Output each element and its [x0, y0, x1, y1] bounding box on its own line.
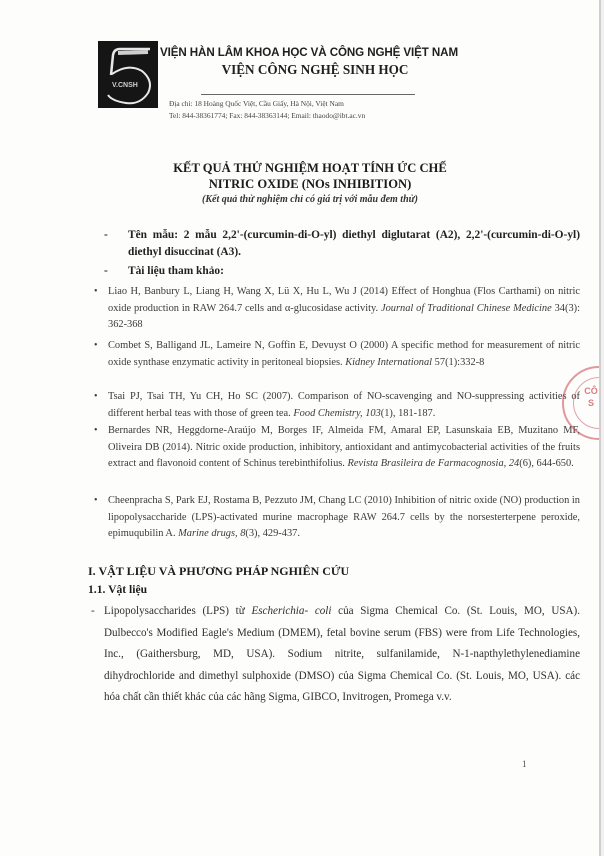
reference-citation: (6), 644-650.: [519, 458, 574, 469]
reference-journal: Food Chemistry, 103: [293, 408, 380, 419]
reference-item: • Combet S, Balligand JL, Lameire N, Gof…: [94, 338, 580, 371]
materials-paragraph: - Lipopolysaccharides (LPS) từ Escherich…: [88, 601, 580, 709]
reference-item: • Cheenpracha S, Park EJ, Rostama B, Pez…: [94, 493, 580, 543]
reference-journal: Revista Brasileira de Farmacognosia, 24: [348, 458, 520, 469]
stamp-text-line2: S: [588, 398, 594, 408]
institute-logo: V.CNSH: [98, 41, 158, 108]
reference-text: Combet S, Balligand JL, Lameire N, Goffi…: [108, 340, 580, 368]
organism-name: Escherichia- coli: [251, 605, 331, 617]
materials-text: Lipopolysaccharides (LPS) từ: [104, 605, 251, 617]
report-title-line2: NITRIC OXIDE (NOs INHIBITION): [100, 177, 520, 192]
reference-item: • Bernardes NR, Heggdorne-Araújo M, Borg…: [94, 423, 580, 473]
page-number: 1: [522, 759, 527, 769]
svg-text:V.CNSH: V.CNSH: [112, 82, 138, 89]
report-validity-note: (Kết quả thử nghiệm chỉ có giá trị với m…: [100, 194, 520, 205]
document-page: V.CNSH VIỆN HÀN LÂM KHOA HỌC VÀ CÔNG NGH…: [0, 0, 599, 856]
reference-journal: Journal of Traditional Chinese Medicine: [381, 303, 552, 314]
reference-journal: Marine drugs, 8: [178, 528, 245, 539]
reference-item: • Liao H, Banbury L, Liang H, Wang X, Lü…: [94, 284, 580, 334]
logo-five-icon: V.CNSH: [98, 41, 158, 108]
subsection-heading: 1.1. Vật liệu: [88, 583, 147, 596]
stamp-text: CÔ S: [576, 385, 599, 409]
report-title-line1: KẾT QUẢ THỬ NGHIỆM HOẠT TÍNH ỨC CHẾ: [100, 161, 520, 176]
reference-journal: Kidney International: [345, 357, 432, 368]
section-heading: I. VẬT LIỆU VÀ PHƯƠNG PHÁP NGHIÊN CỨU: [88, 564, 349, 579]
institute-address: Địa chỉ: 18 Hoàng Quốc Việt, Cầu Giấy, H…: [169, 99, 344, 108]
header-divider: [201, 94, 415, 95]
sample-names-text: Tên mẫu: 2 mẫu 2,2'-(curcumin-di-O-yl) d…: [128, 227, 580, 261]
bullet-icon: •: [94, 493, 98, 510]
dash-marker: -: [91, 601, 95, 623]
sample-names: - Tên mẫu: 2 mẫu 2,2'-(curcumin-di-O-yl)…: [104, 227, 580, 261]
materials-text-continued: của Sigma Chemical Co. (St. Louis, MO, U…: [104, 605, 580, 703]
reference-citation: (3), 429-437.: [245, 528, 300, 539]
bullet-icon: •: [94, 389, 98, 406]
bullet-icon: •: [94, 284, 98, 301]
institute-name: VIỆN CÔNG NGHỆ SINH HỌC: [160, 62, 470, 78]
bullet-icon: •: [94, 338, 98, 355]
reference-citation: (1), 181-187.: [381, 408, 436, 419]
stamp-text-line1: CÔ: [584, 386, 598, 396]
dash-marker: -: [104, 227, 108, 244]
institute-contact: Tel: 844-38361774; Fax: 844-38363144; Em…: [169, 111, 365, 120]
references-heading: - Tài liệu tham khảo:: [104, 263, 580, 280]
dash-marker: -: [104, 263, 108, 280]
academy-name: VIỆN HÀN LÂM KHOA HỌC VÀ CÔNG NGHỆ VIỆT …: [160, 46, 470, 59]
bullet-icon: •: [94, 423, 98, 440]
reference-item: • Tsai PJ, Tsai TH, Yu CH, Ho SC (2007).…: [94, 389, 580, 422]
reference-citation: 57(1):332-8: [432, 357, 484, 368]
references-heading-text: Tài liệu tham khảo:: [128, 263, 580, 280]
